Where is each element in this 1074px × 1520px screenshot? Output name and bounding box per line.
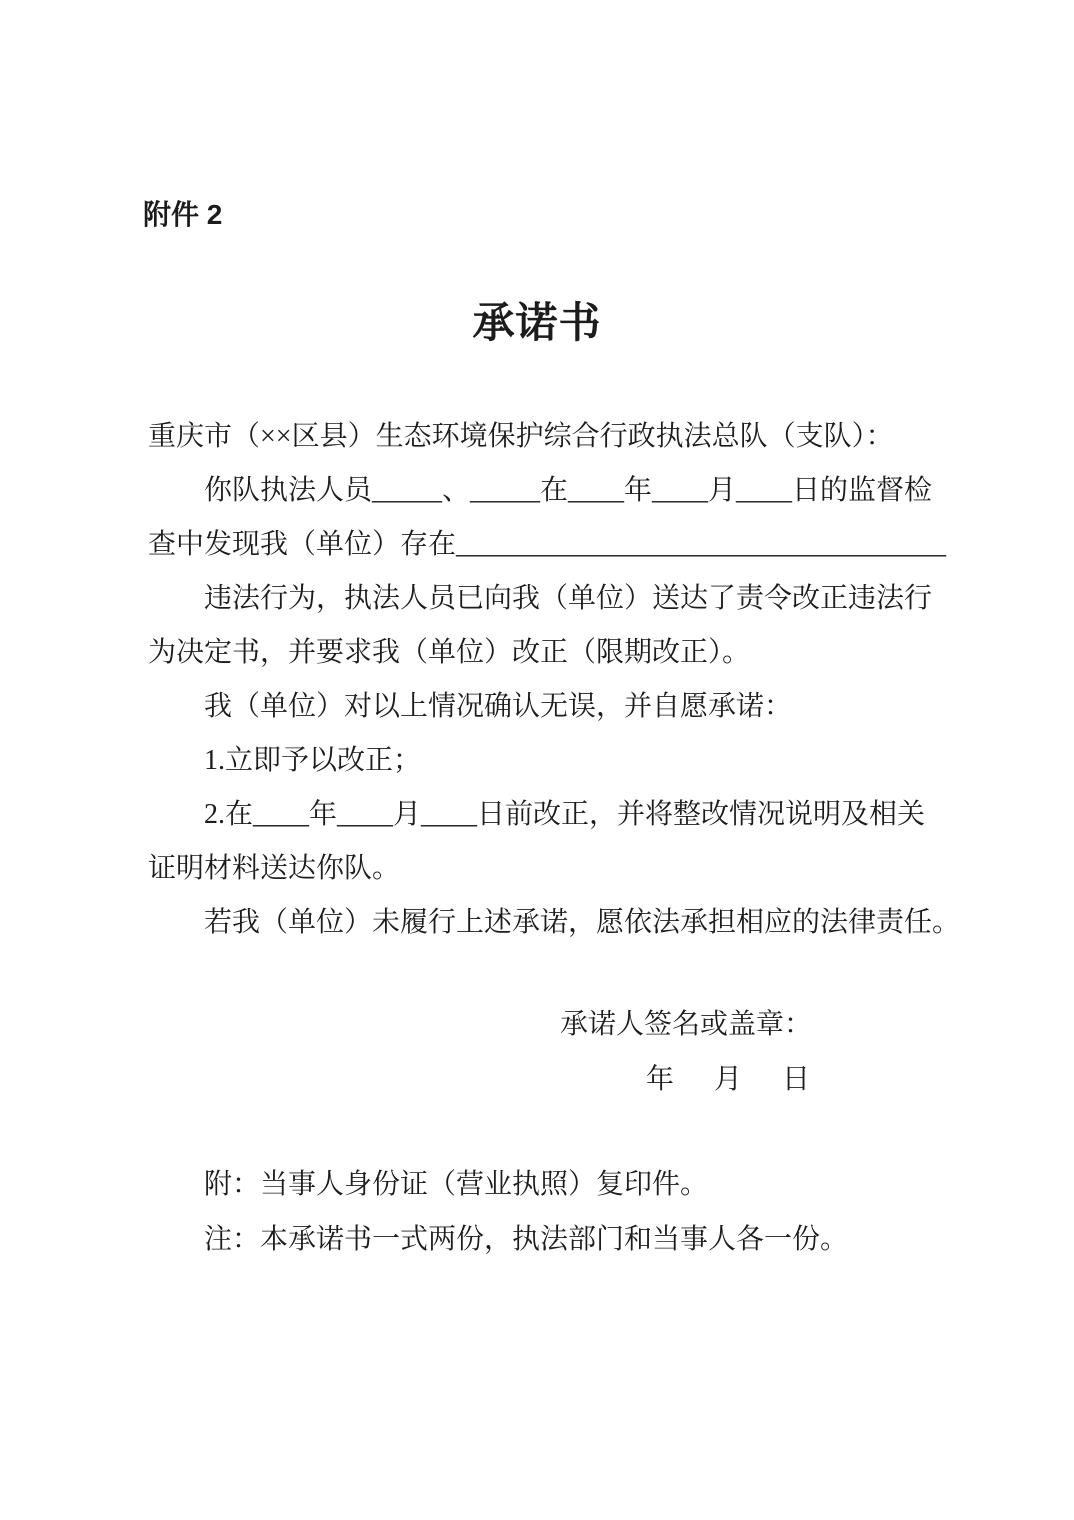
body-line: 你队执法人员_____、_____在____年____月____日的监督检 [148,464,942,518]
body-line: 若我（单位）未履行上述承诺，愿依法承担相应的法律责任。 [148,896,942,950]
signature-date-line: 年 月 日 [646,1053,816,1107]
document-body: 重庆市（××区县）生态环境保护综合行政执法总队（支队）： 你队执法人员_____… [148,410,942,950]
document-page: 附件 2 承诺书 重庆市（××区县）生态环境保护综合行政执法总队（支队）： 你队… [0,0,1074,1520]
copies-note: 注：本承诺书一式两份，执法部门和当事人各一份。 [148,1213,998,1267]
body-line: 查中发现我（单位）存在_____________________________… [148,518,942,572]
document-title: 承诺书 [0,302,1074,346]
body-line-item-1: 1.立即予以改正； [148,734,942,788]
body-line-item-2: 2.在____年____月____日前改正，并将整改情况说明及相关 [148,788,942,842]
attachment-label: 附件 2 [143,198,222,232]
body-line: 证明材料送达你队。 [148,842,942,896]
body-line-salutation: 重庆市（××区县）生态环境保护综合行政执法总队（支队）： [148,410,942,464]
attachment-note: 附：当事人身份证（营业执照）复印件。 [148,1158,998,1212]
signer-signature-label: 承诺人签名或盖章： [560,998,812,1052]
body-line: 为决定书，并要求我（单位）改正（限期改正）。 [148,626,942,680]
body-line: 我（单位）对以上情况确认无误，并自愿承诺： [148,680,942,734]
body-line: 违法行为，执法人员已向我（单位）送达了责令改正违法行 [148,572,942,626]
